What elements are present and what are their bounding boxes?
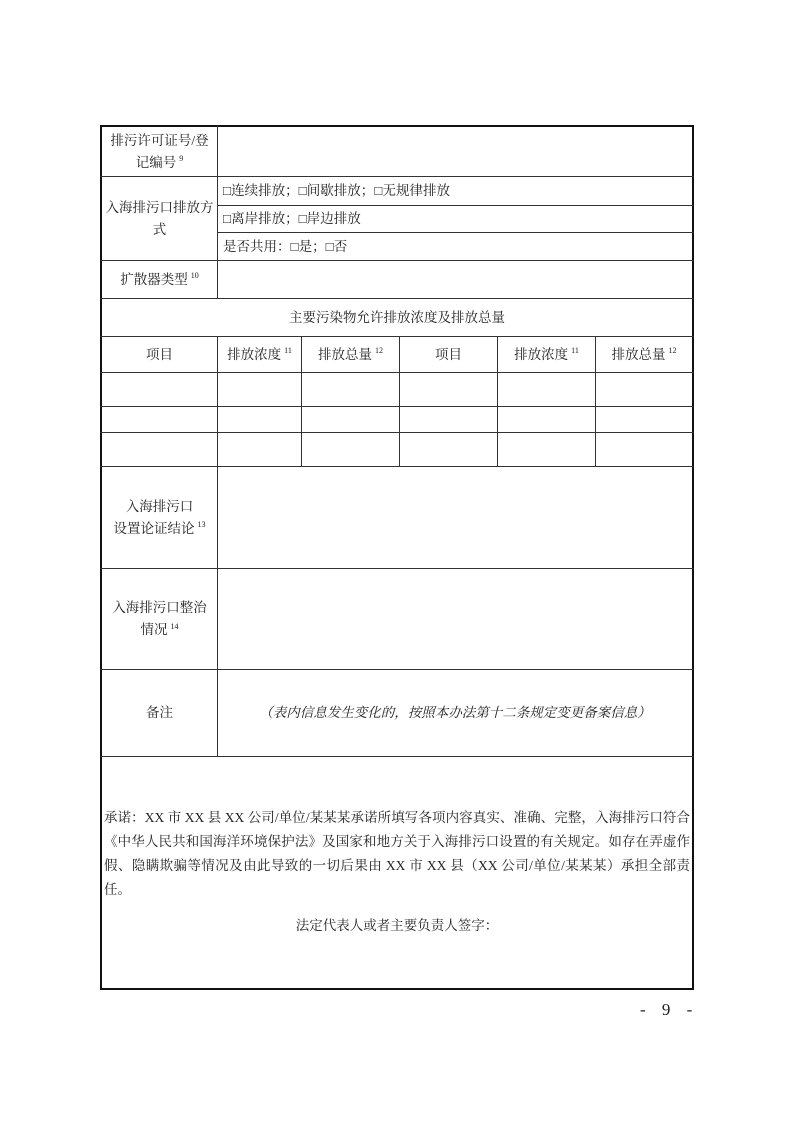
cell-item[interactable] <box>400 373 497 406</box>
cell-item[interactable] <box>102 373 217 406</box>
header-text: 排放总量 <box>318 347 372 362</box>
cell-concentration[interactable] <box>218 433 301 466</box>
discharge-mode-label: 入海排污口排放方式 <box>104 177 215 260</box>
footnote-marker: 13 <box>198 520 206 529</box>
label-text: 情况 <box>141 622 168 637</box>
rectification-field[interactable] <box>219 569 691 669</box>
header-item: 项目 <box>102 337 217 372</box>
cell-concentration[interactable] <box>218 373 301 406</box>
discharge-continuity-options[interactable]: □连续排放；□间歇排放；□无规律排放 <box>219 177 691 205</box>
diffuser-type-label: 扩散器类型10 <box>104 261 215 298</box>
header-text: 排放浓度 <box>227 347 281 362</box>
header-concentration: 排放浓度11 <box>218 337 301 372</box>
cell-item[interactable] <box>102 407 217 432</box>
cell-concentration[interactable] <box>498 407 595 432</box>
label-text: 扩散器类型 <box>120 272 188 287</box>
diffuser-type-field[interactable] <box>219 261 691 298</box>
cell-total-amount[interactable] <box>596 433 692 466</box>
remarks-field[interactable]: （表内信息发生变化的，按照本办法第十二条规定变更备案信息） <box>219 670 691 756</box>
label-text: 入海排污口 <box>126 499 194 514</box>
label-text: 设置论证结论 <box>114 521 195 536</box>
label-text: 入海排污口排放方式 <box>104 197 215 241</box>
header-item: 项目 <box>400 337 497 372</box>
signature-label: 法定代表人或者主要负责人签字： <box>100 914 694 934</box>
permit-number-field[interactable] <box>219 127 691 176</box>
cell-total-amount[interactable] <box>302 433 399 466</box>
footnote-marker: 12 <box>375 346 383 355</box>
cell-item[interactable] <box>400 433 497 466</box>
header-text: 排放总量 <box>612 347 666 362</box>
footnote-marker: 14 <box>171 622 179 631</box>
options-text: □连续排放；□间歇排放；□无规律排放 <box>223 180 450 202</box>
header-concentration: 排放浓度11 <box>498 337 595 372</box>
section-title-text: 主要污染物允许排放浓度及排放总量 <box>289 307 505 329</box>
row-divider <box>100 756 694 757</box>
remarks-label: 备注 <box>102 670 217 756</box>
cell-concentration[interactable] <box>498 373 595 406</box>
cell-item[interactable] <box>400 407 497 432</box>
conclusion-label: 入海排污口设置论证结论13 <box>102 467 217 568</box>
options-text: 是否共用：□是；□否 <box>223 236 347 258</box>
cell-concentration[interactable] <box>218 407 301 432</box>
footnote-marker: 11 <box>571 346 579 355</box>
options-text: □离岸排放；□岸边排放 <box>223 208 361 230</box>
cell-item[interactable] <box>102 433 217 466</box>
conclusion-field[interactable] <box>219 467 691 568</box>
rectification-label: 入海排污口整治情况14 <box>102 569 217 669</box>
header-text: 项目 <box>146 347 173 362</box>
footnote-marker: 9 <box>179 154 183 163</box>
header-total-amount: 排放总量12 <box>596 337 692 372</box>
header-text: 项目 <box>435 347 462 362</box>
header-text: 排放浓度 <box>514 347 568 362</box>
cell-total-amount[interactable] <box>596 407 692 432</box>
cell-total-amount[interactable] <box>596 373 692 406</box>
page-number: - 9 - <box>640 1000 698 1020</box>
pollutants-section-title: 主要污染物允许排放浓度及排放总量 <box>102 299 692 336</box>
column-divider <box>217 125 218 298</box>
remarks-value: （表内信息发生变化的，按照本办法第十二条规定变更备案信息） <box>259 702 651 724</box>
label-text: 备注 <box>146 702 173 724</box>
pledge-statement: 承诺：XX 市 XX 县 XX 公司/单位/某某某承诺所填写各项内容真实、准确、… <box>104 806 690 902</box>
footnote-marker: 10 <box>191 271 199 280</box>
cell-total-amount[interactable] <box>302 407 399 432</box>
shared-outlet-options[interactable]: 是否共用：□是；□否 <box>219 233 691 260</box>
label-text: 排污许可证号/登记编号 <box>110 133 208 170</box>
label-text: 入海排污口整治 <box>112 600 207 615</box>
cell-total-amount[interactable] <box>302 373 399 406</box>
footnote-marker: 12 <box>669 346 677 355</box>
footnote-marker: 11 <box>284 346 292 355</box>
permit-number-label: 排污许可证号/登记编号9 <box>104 127 215 176</box>
header-total-amount: 排放总量12 <box>302 337 399 372</box>
cell-concentration[interactable] <box>498 433 595 466</box>
discharge-location-options[interactable]: □离岸排放；□岸边排放 <box>219 206 691 232</box>
